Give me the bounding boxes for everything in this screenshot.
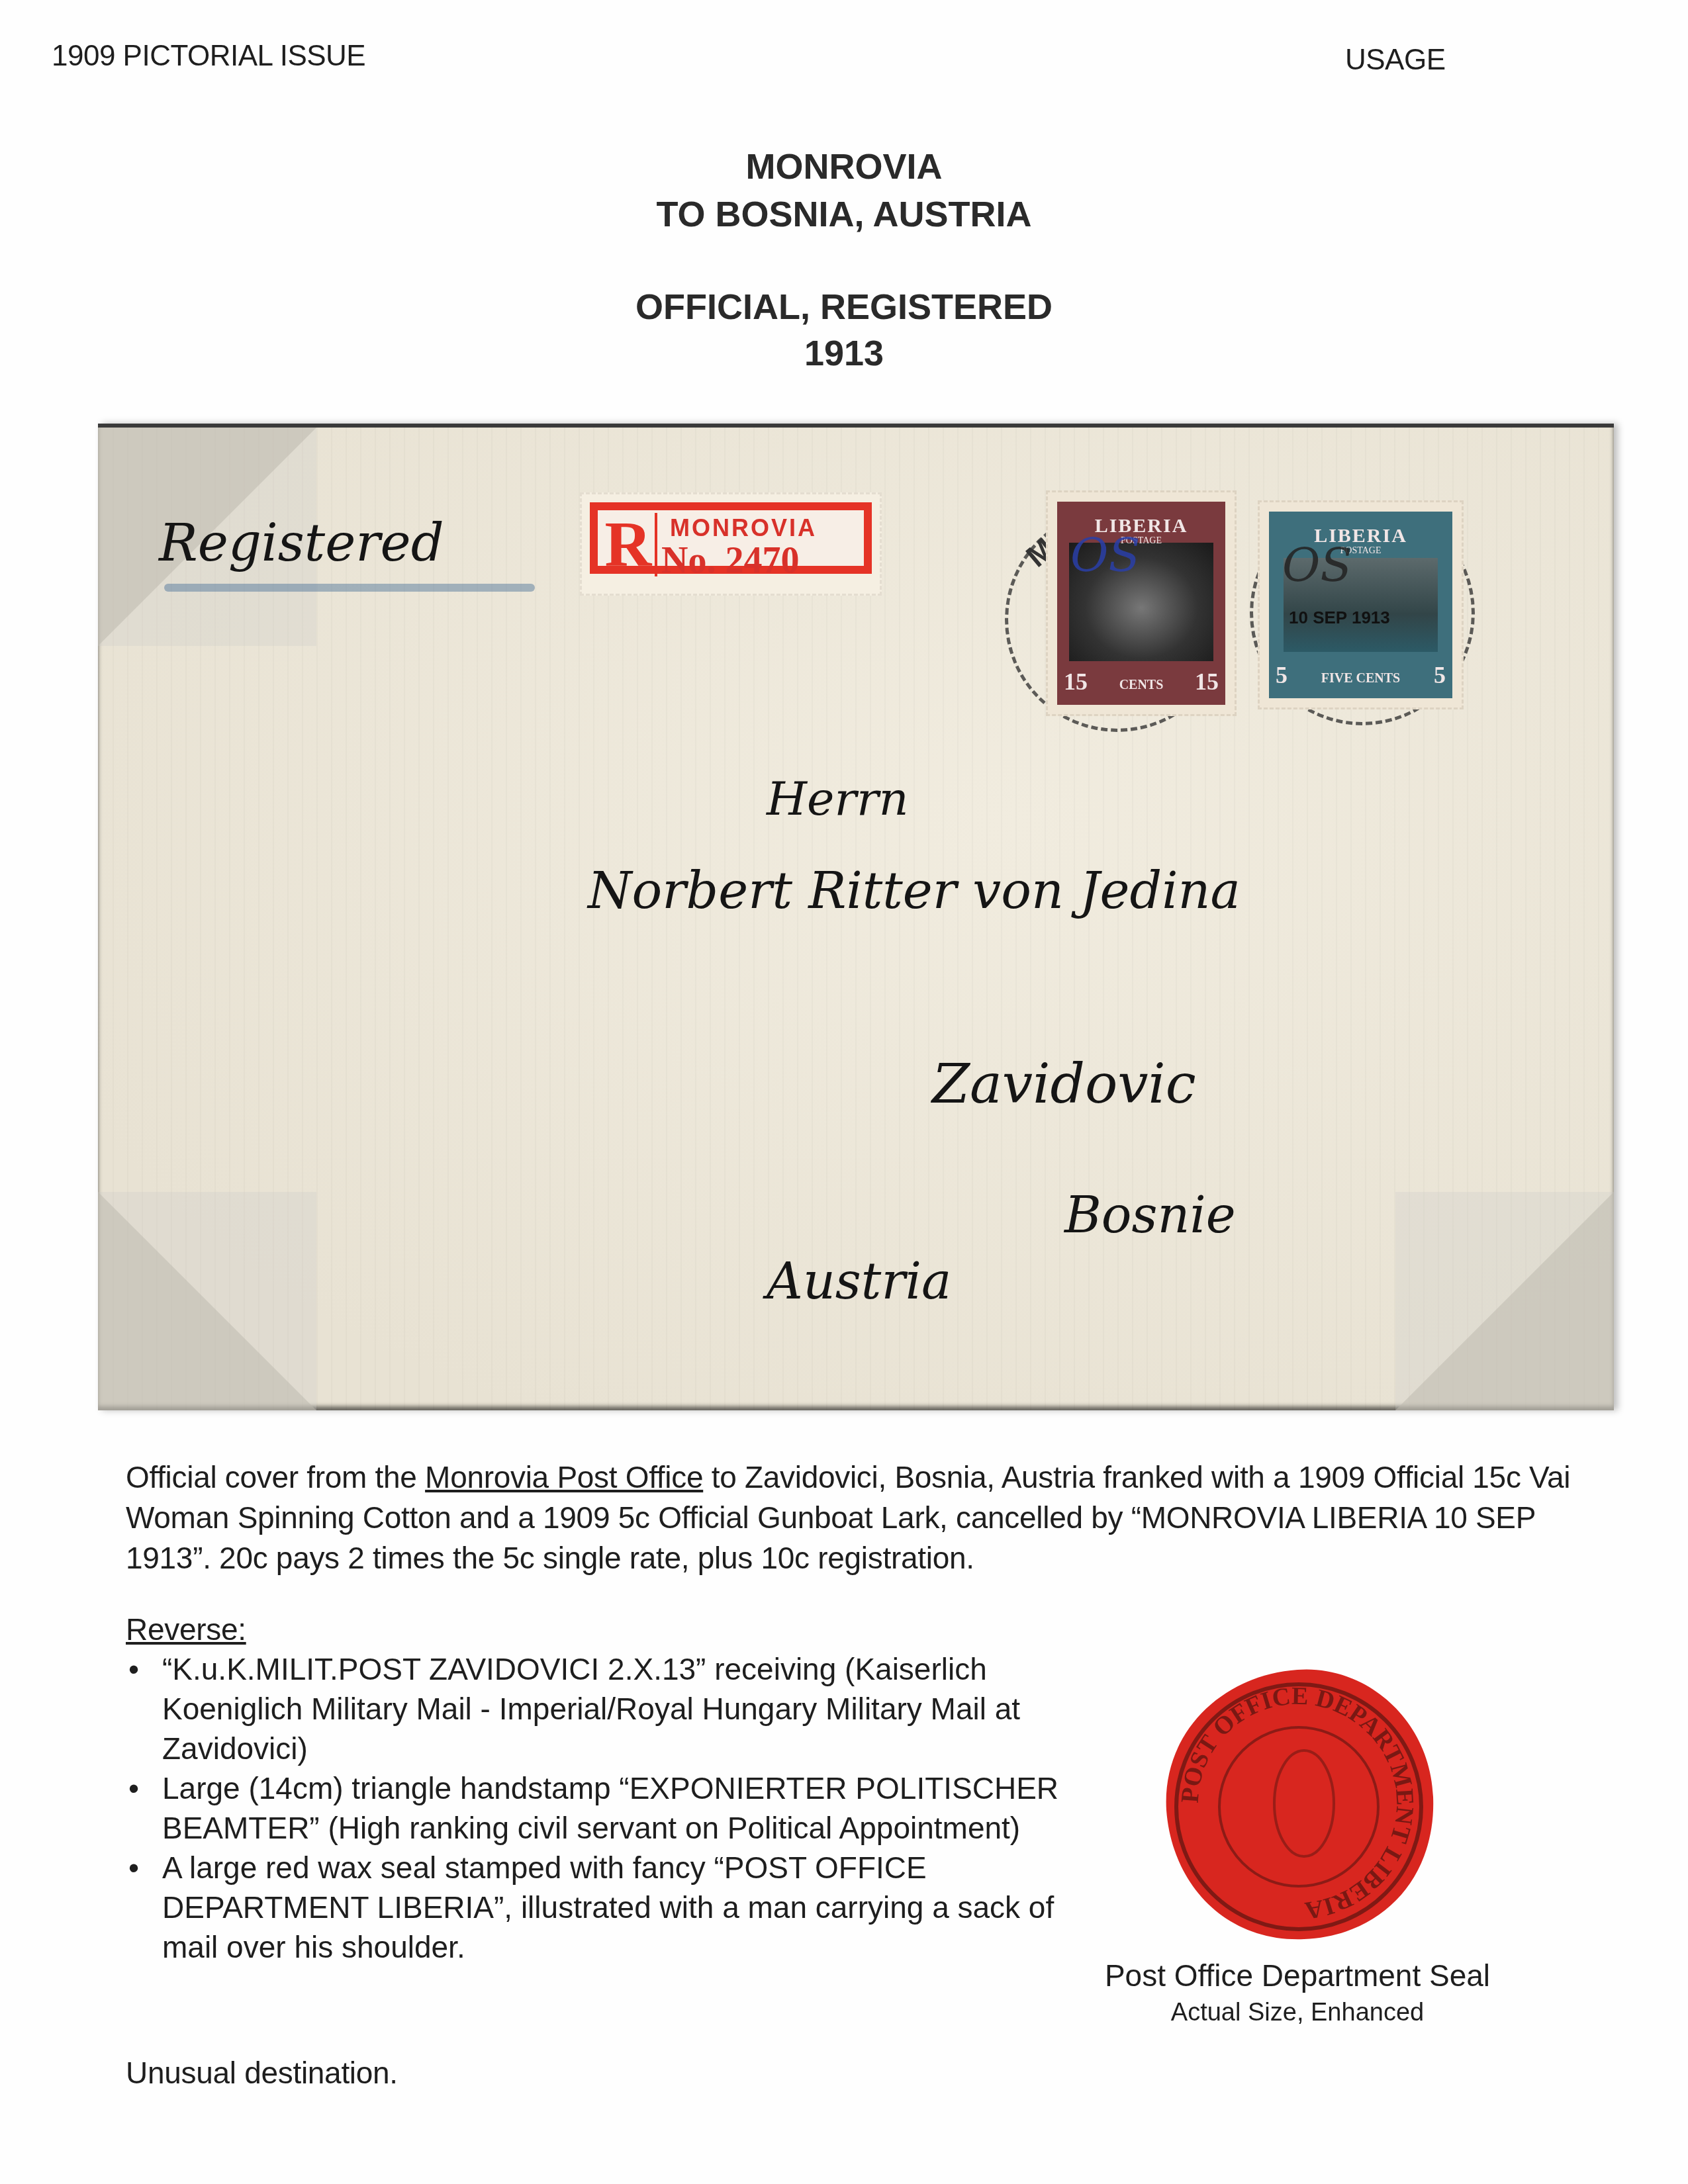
reverse-item: A large red wax seal stamped with fancy … <box>126 1848 1066 1967</box>
stamp-5c-cancel-date: 10 SEP 1913 <box>1289 608 1390 628</box>
stamp-15c-vai-woman: LIBERIA POSTAGE 15 CENTS 15 OS <box>1046 490 1237 716</box>
wax-seal-image: POST OFFICE DEPARTMENT LIBERIA <box>1152 1658 1443 1949</box>
seal-caption: Post Office Department Seal <box>1059 1958 1536 1993</box>
title-line-2: TO BOSNIA, AUSTRIA <box>0 191 1688 238</box>
page-header-left: 1909 PICTORIAL ISSUE <box>52 40 365 73</box>
title-line-4: 1913 <box>0 330 1688 377</box>
closing-note: Unusual destination. <box>126 2053 398 2093</box>
title-line-3: OFFICIAL, REGISTERED <box>0 283 1688 331</box>
handwritten-registered: Registered <box>159 514 444 573</box>
page-header-right: USAGE <box>1345 44 1446 77</box>
mount-corner-bottom-left <box>98 1192 316 1410</box>
registration-letter: R <box>602 513 657 576</box>
reverse-item: Large (14cm) triangle handstamp “EXPONIE… <box>126 1768 1066 1848</box>
seal-subcaption: Actual Size, Enhanced <box>1059 1999 1536 2027</box>
reverse-heading: Reverse: <box>126 1610 246 1650</box>
blue-crayon-underline <box>164 584 535 592</box>
cover-image: Registered R MONROVIA No. 2470 MO LIBERI… <box>98 424 1614 1410</box>
mount-corner-bottom-right <box>1395 1192 1614 1410</box>
description-paragraph: Official cover from the Monrovia Post Of… <box>126 1457 1582 1578</box>
wax-seal-icon: POST OFFICE DEPARTMENT LIBERIA <box>1152 1658 1443 1949</box>
address-city: Zavidovic <box>932 1053 1196 1116</box>
registration-label: R MONROVIA No. 2470 <box>580 492 882 596</box>
address-name: Norbert Ritter von Jedina <box>588 861 1241 920</box>
reverse-item: “K.u.K.MILIT.POST ZAVIDOVICI 2.X.13” rec… <box>126 1649 1066 1768</box>
stamp-15c-value-right: 15 <box>1195 668 1219 696</box>
address-country: Austria <box>767 1251 951 1310</box>
stamp-5c-value-right: 5 <box>1434 661 1446 689</box>
registration-city: MONROVIA <box>664 514 823 542</box>
registration-number: No. 2470 <box>661 539 799 582</box>
address-region: Bosnie <box>1064 1185 1236 1244</box>
stamp-5c-denomination: FIVE CENTS <box>1269 671 1452 686</box>
description-highlight: Monrovia Post Office <box>425 1460 703 1494</box>
title-line-1: MONROVIA <box>0 143 1688 191</box>
reverse-list: “K.u.K.MILIT.POST ZAVIDOVICI 2.X.13” rec… <box>126 1649 1066 1967</box>
address-salutation: Herrn <box>767 772 908 826</box>
stamp-15c-overprint: OS <box>1070 528 1140 582</box>
stamp-5c-gunboat-lark: LIBERIA POSTAGE 5 FIVE CENTS 5 OS 10 SEP… <box>1258 500 1464 709</box>
stamp-5c-overprint: OS <box>1282 538 1352 592</box>
description-intro: Official cover from the <box>126 1460 425 1494</box>
